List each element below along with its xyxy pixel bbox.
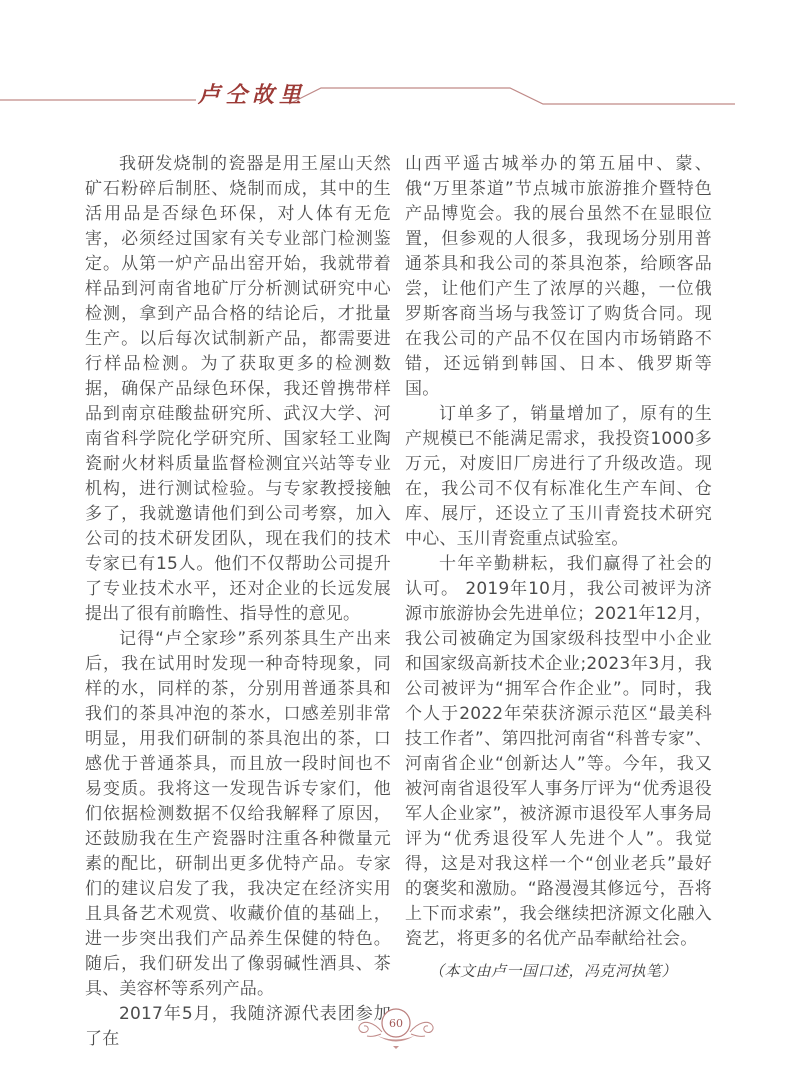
paragraph: 我研发烧制的瓷器是用王屋山天然矿石粉碎后制胚、烧制而成，其中的生活用品是否绿色环… xyxy=(85,152,391,627)
header-rule-decoration xyxy=(0,80,791,120)
byline: （本文由卢一国口述，冯克河执笔） xyxy=(405,959,712,984)
header-rule-right xyxy=(289,88,735,104)
page-footer: 60 xyxy=(0,1006,791,1058)
right-column: 山西平遥古城举办的第五届中、蒙、俄“万里茶道”节点城市旅游推介暨特色产品博览会。… xyxy=(405,152,712,999)
page-number: 60 xyxy=(389,1017,403,1030)
ornament-tip-icon xyxy=(393,1046,399,1049)
flourish-right-icon xyxy=(410,1022,433,1036)
page-header: 卢仝故里 xyxy=(0,0,791,130)
paragraph-continuation: 山西平遥古城举办的第五届中、蒙、俄“万里茶道”节点城市旅游推介暨特色产品博览会。… xyxy=(405,152,712,402)
paragraph: 十年辛勤耕耘，我们赢得了社会的认可。 2019年10月，我公司被评为济源市旅游协… xyxy=(405,552,712,952)
page-number-ornament: 60 xyxy=(346,1006,446,1050)
paragraph: 记得“卢仝家珍”系列茶具生产出来后，我在试用时发现一种奇特现象，同样的水，同样的… xyxy=(85,627,391,1002)
left-column: 我研发烧制的瓷器是用王屋山天然矿石粉碎后制胚、烧制而成，其中的生活用品是否绿色环… xyxy=(85,152,391,1052)
magazine-page: 卢仝故里 我研发烧制的瓷器是用王屋山天然矿石粉碎后制胚、烧制而成，其中的生活用品… xyxy=(0,0,791,1080)
paragraph: 订单多了，销量增加了，原有的生产规模已不能满足需求，我投资1000多万元，对废旧… xyxy=(405,402,712,552)
flourish-left-icon xyxy=(358,1022,381,1036)
section-title: 卢仝故里 xyxy=(198,82,308,108)
